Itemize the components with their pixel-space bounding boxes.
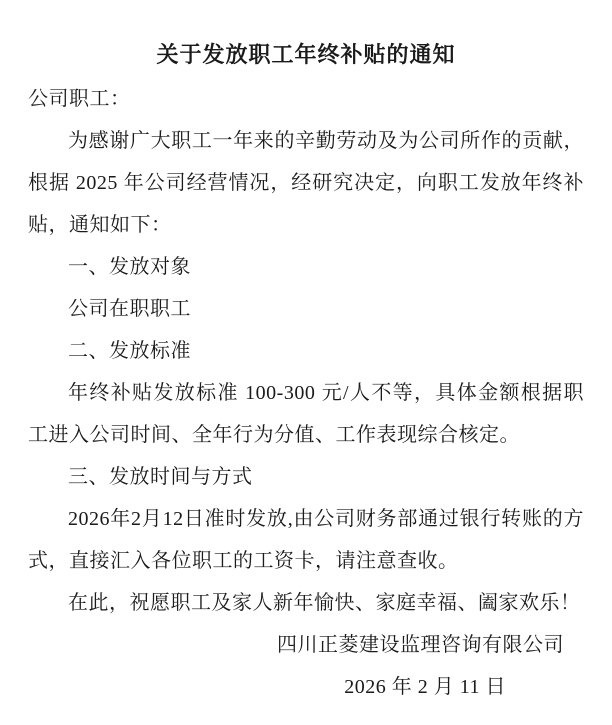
closing-paragraph: 在此，祝愿职工及家人新年愉快、家庭幸福、阖家欢乐！ [28, 582, 584, 624]
document-title: 关于发放职工年终补贴的通知 [28, 40, 584, 70]
signature-date: 2026 年 2 月 11 日 [28, 666, 584, 708]
section-2-body: 年终补贴发放标准 100-300 元/人不等，具体金额根据职工进入公司时间、全年… [28, 372, 584, 456]
section-3-body: 2026年2月12日准时发放,由公司财务部通过银行转账的方式，直接汇入各位职工的… [28, 498, 584, 582]
signature-company: 四川正菱建设监理咨询有限公司 [28, 624, 584, 666]
section-3-heading: 三、发放时间与方式 [28, 456, 584, 498]
section-1-heading: 一、发放对象 [28, 246, 584, 288]
intro-paragraph: 为感谢广大职工一年来的辛勤劳动及为公司所作的贡献，根据 2025 年公司经营情况… [28, 120, 584, 246]
section-1-body: 公司在职职工 [28, 288, 584, 330]
section-2-heading: 二、发放标准 [28, 330, 584, 372]
notice-document: 关于发放职工年终补贴的通知 公司职工： 为感谢广大职工一年来的辛勤劳动及为公司所… [0, 0, 612, 725]
salutation: 公司职工： [28, 78, 584, 120]
